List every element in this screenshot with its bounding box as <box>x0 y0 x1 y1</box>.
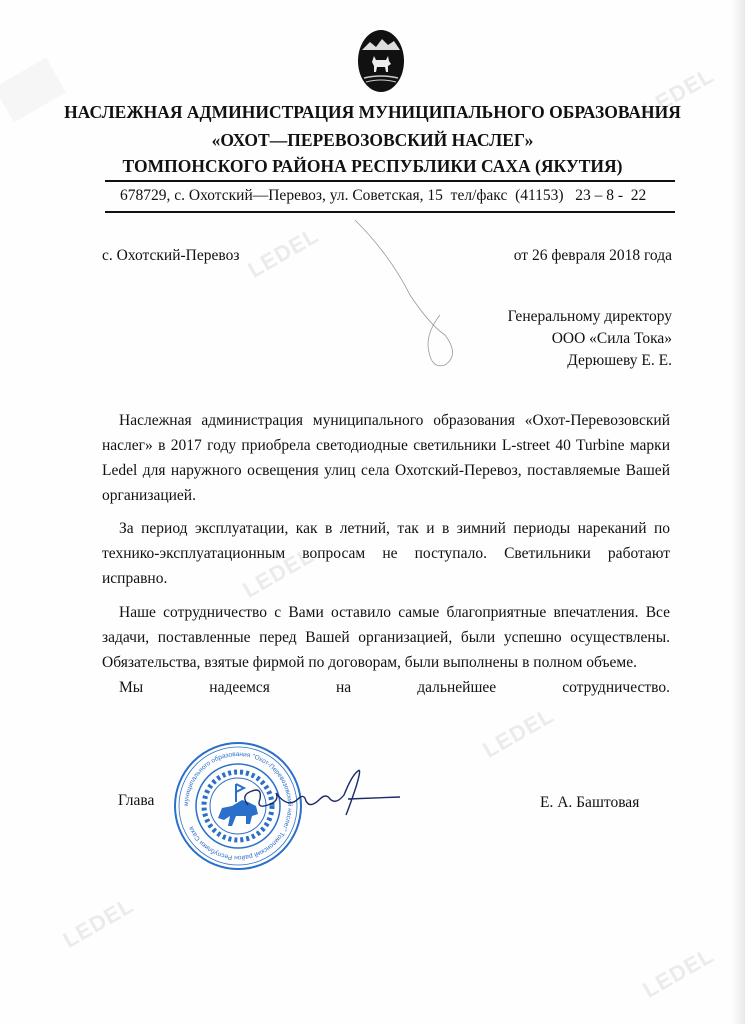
word: сотрудничество. <box>545 675 670 700</box>
letter-page: LEDEL LEDEL LEDEL LEDEL LEDEL LEDEL НАСЛ… <box>0 0 745 1024</box>
recipient-block: Генеральному директору ООО «Сила Тока» Д… <box>508 306 672 372</box>
handwritten-signature <box>240 765 410 825</box>
letterhead-line-2: «ОХОТ—ПЕРЕВОЗОВСКИЙ НАСЛЕГ» <box>0 130 745 151</box>
letterhead-line-3: ТОМПОНСКОГО РАЙОНА РЕСПУБЛИКИ САХА (ЯКУТ… <box>0 156 745 177</box>
body-paragraph-3-text: Наше сотрудничество с Вами оставило самы… <box>102 604 670 671</box>
body-paragraph-3-last-line: Мы надеемся на дальнейшее сотрудничество… <box>102 675 670 700</box>
letter-place: с. Охотский-Перевоз <box>102 247 239 265</box>
word: надеемся <box>192 675 270 700</box>
letter-date: от 26 февраля 2018 года <box>514 247 672 265</box>
signatory-title: Глава <box>118 792 154 810</box>
watermark-text: LEDEL <box>59 892 139 953</box>
letterhead-line-1: НАСЛЕЖНАЯ АДМИНИСТРАЦИЯ МУНИЦИПАЛЬНОГО О… <box>0 102 745 123</box>
pen-stroke-mark <box>350 215 470 375</box>
watermark-text: LEDEL <box>479 702 559 763</box>
watermark-text: LEDEL <box>639 942 719 1003</box>
letterhead-address: 678729, с. Охотский—Перевоз, ул. Советск… <box>120 187 646 205</box>
page-edge-shadow <box>731 0 745 1024</box>
word: дальнейшее <box>400 675 496 700</box>
letterhead-top-rule <box>105 180 675 182</box>
signatory-name: Е. А. Баштовая <box>540 794 639 812</box>
letterhead-bottom-rule <box>105 211 675 213</box>
recipient-position: Генеральному директору <box>508 306 672 328</box>
body-paragraph-2: За период эксплуатации, как в летний, та… <box>102 516 670 591</box>
body-paragraph-1: Наслежная администрация муниципального о… <box>102 408 670 508</box>
recipient-name: Дерюшеву Е. Е. <box>508 350 672 372</box>
word: на <box>319 675 351 700</box>
word: Мы <box>102 675 143 700</box>
body-paragraph-3: Наше сотрудничество с Вами оставило самы… <box>102 600 670 700</box>
coat-of-arms-emblem <box>358 30 404 92</box>
reindeer-emblem-icon <box>358 30 404 92</box>
watermark-text: LEDEL <box>244 222 324 283</box>
recipient-company: ООО «Сила Тока» <box>508 328 672 350</box>
